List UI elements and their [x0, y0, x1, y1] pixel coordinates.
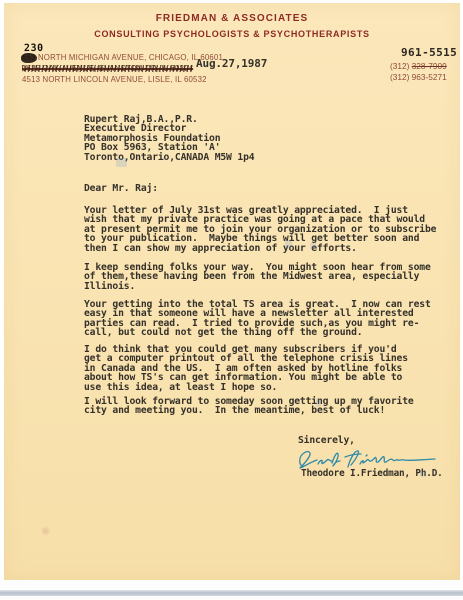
- printed-phone-struck: (312) 328-7909: [390, 61, 447, 71]
- letter-date: Aug.27,1987: [196, 59, 267, 68]
- closing-sincerely: Sincerely,: [298, 436, 355, 445]
- scribbled-out-number: 663: [22, 53, 36, 62]
- printed-phone-number: (312) 963-5271: [390, 72, 447, 82]
- correction-mark: [116, 158, 127, 167]
- correction-mark: [310, 242, 316, 249]
- scanned-letter-page: { "colors": { "paper": "#f9e3b1", "lette…: [0, 0, 463, 600]
- letter-paper: FRIEDMAN & ASSOCIATES CONSULTING PSYCHOL…: [4, 3, 460, 580]
- letterhead-address-line-1: 663 NORTH MICHIGAN AVENUE, CHICAGO, IL 6…: [22, 53, 223, 62]
- salutation: Dear Mr. Raj:: [84, 184, 158, 193]
- paper-smudge: [41, 525, 50, 537]
- struck-phone-number: 328-7909: [412, 61, 447, 71]
- letterhead-address-line-3: 4513 NORTH LINCOLN AVENUE, LISLE, IL 605…: [22, 75, 207, 84]
- body-paragraph-3: Your getting into the total TS area is g…: [84, 300, 431, 338]
- letterhead-tagline: CONSULTING PSYCHOLOGISTS & PSYCHOTHERAPI…: [4, 29, 460, 39]
- address-line-1-text: NORTH MICHIGAN AVENUE, CHICAGO, IL 60601: [36, 53, 223, 62]
- phone-area-code: (312): [390, 61, 412, 71]
- correction-mark: [316, 399, 321, 407]
- correction-mark: [420, 471, 426, 477]
- recipient-address-block: Rupert Raj,B.A.,P.R. Executive Director …: [84, 115, 254, 162]
- body-paragraph-1: Your letter of July 31st was greatly app…: [84, 206, 436, 253]
- correction-mark: [285, 240, 292, 248]
- typed-phone-number: 961-5515: [401, 46, 457, 59]
- letterhead-address-line-2: 1625 OAK AVENUE, EVANSTON DR, IL 60204: [22, 64, 193, 73]
- scan-edge-shadow: [0, 590, 463, 596]
- body-paragraph-2: I keep sending folks your way. You might…: [84, 263, 431, 291]
- letterhead-company-name: FRIEDMAN & ASSOCIATES: [4, 13, 460, 24]
- body-paragraph-4: I do think that you could get many subsc…: [84, 345, 408, 392]
- body-paragraph-5: I will look forward to someday soon gett…: [84, 397, 414, 416]
- struck-out-address: 1625 OAK AVENUE, EVANSTON DR, IL 60204: [22, 64, 193, 73]
